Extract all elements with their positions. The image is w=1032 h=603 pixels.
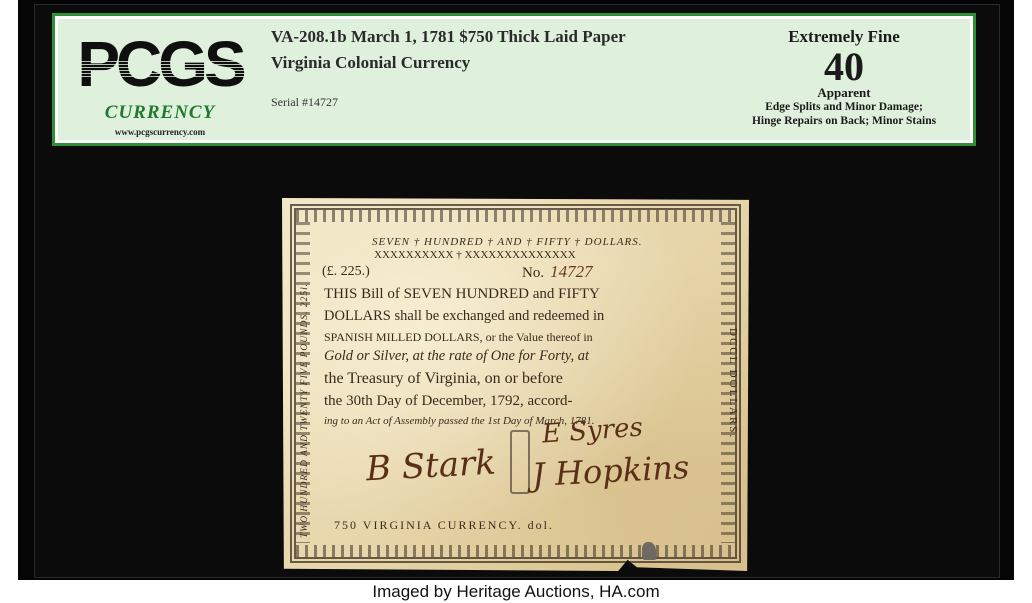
grading-label: PCGS CURRENCY www.pcgscurrency.com VA-20… [52,13,976,146]
logo-subtitle: CURRENCY [72,103,248,123]
body-line: the Treasury of Virginia, on or before [324,370,563,388]
amount-pounds: (£. 225.) [322,264,370,280]
body-line: Gold or Silver, at the rate of One for F… [324,348,589,365]
pcgs-logo: PCGS CURRENCY www.pcgscurrency.com [64,25,254,142]
grade-qualifier: Apparent [724,86,964,100]
bottom-ornament [296,545,735,557]
image-caption: Imaged by Heritage Auctions, HA.com [0,580,1032,603]
top-ornament [296,210,735,222]
serial-number: 14727 [550,262,593,281]
header-denomination: SEVEN † HUNDRED † AND † FIFTY † DOLLARS. [372,236,643,248]
note-subtitle: Virginia Colonial Currency [271,53,470,73]
serial-prefix: No. [522,265,544,281]
label-serial: Serial #14727 [271,95,338,110]
grade-block: Extremely Fine 40 Apparent Edge Splits a… [724,27,964,128]
grade-number: 40 [724,48,964,86]
body-line: SPANISH MILLED DOLLARS, or the Value the… [324,330,593,345]
logo-wordmark: PCGS [72,29,248,99]
body-line: DOLLARS shall be exchanged and redeemed … [324,308,604,325]
label-background: PCGS CURRENCY www.pcgscurrency.com VA-20… [58,19,970,140]
left-margin-text: TWO HUNDRED AND TWENTY FIVE POUNDS. 225l… [300,283,310,538]
center-ornament [510,430,530,494]
note-serial: No.14727 [522,262,593,282]
grade-comment-2: Hinge Repairs on Back; Minor Stains [724,114,964,128]
body-line: the 30th Day of December, 1792, accord- [324,393,572,410]
signature-1: B Stark [365,443,497,490]
grade-comment-1: Edge Splits and Minor Damage; [724,100,964,114]
edge-damage [642,542,656,560]
note-title: VA-208.1b March 1, 1781 $750 Thick Laid … [271,27,626,47]
colonial-banknote: SEVEN † HUNDRED † AND † FIFTY † DOLLARS.… [282,198,749,571]
note-footer: 750 VIRGINIA CURRENCY. dol. [334,518,554,533]
body-line: THIS Bill of SEVEN HUNDRED and FIFTY [324,286,600,303]
right-margin-text: DCCL DOLLARS. [727,328,739,439]
logo-website: www.pcgscurrency.com [72,127,248,137]
x-row-ornament: XXXXXXXXXX † XXXXXXXXXXXXXX [374,249,576,261]
